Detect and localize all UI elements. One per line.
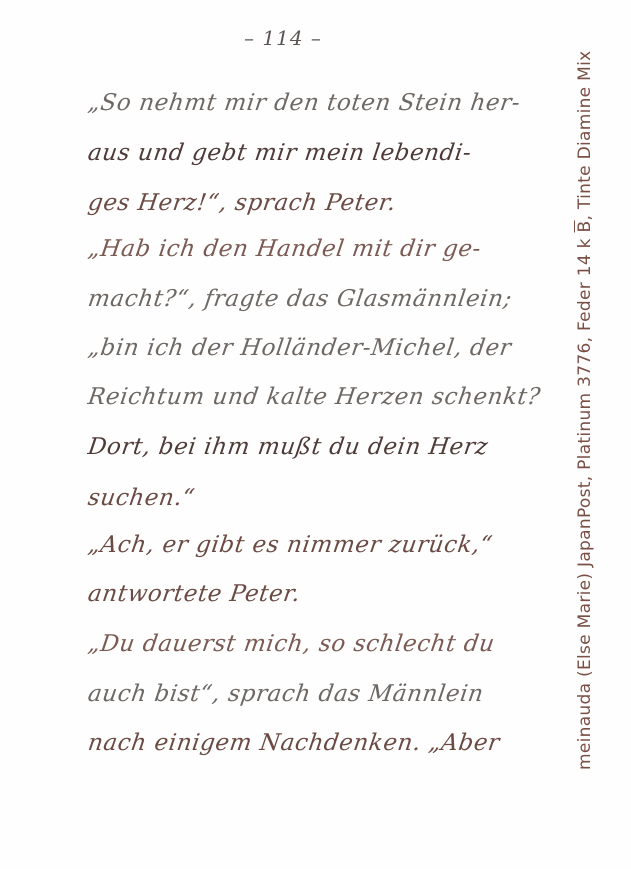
text-line-8: Dort, bei ihm mußt du dein Herz <box>86 432 490 462</box>
annotation-text-end: , Tinte Diamine Mix <box>575 51 595 221</box>
page-number: – 114 – <box>238 26 328 50</box>
annotation-overlined-letter: B <box>575 221 595 233</box>
annotation-text-start: meinauda (Else Marie) JapanPost, Platinu… <box>575 232 595 770</box>
text-line-2: aus und gebt mir mein lebendi- <box>86 138 473 168</box>
text-line-6: „bin ich der Holländer-Michel, der <box>86 333 514 363</box>
text-line-1: „So nehmt mir den toten Stein her- <box>86 88 522 118</box>
text-line-3: ges Herz!“, sprach Peter. <box>86 188 398 218</box>
text-line-11: antwortete Peter. <box>86 579 302 609</box>
text-line-14: nach einigem Nachdenken. „Aber <box>86 728 502 758</box>
text-line-12: „Du dauerst mich, so schlecht du <box>86 629 497 659</box>
text-line-4: „Hab ich den Handel mit dir ge- <box>86 234 483 264</box>
text-line-7: Reichtum und kalte Herzen schenkt? <box>86 382 543 412</box>
text-line-9: suchen.“ <box>86 483 197 513</box>
manuscript-page: – 114 – „So nehmt mir den toten Stein he… <box>0 0 631 869</box>
text-line-13: auch bist“, sprach das Männlein <box>86 679 486 709</box>
text-line-5: macht?“, fragte das Glasmännlein; <box>86 284 514 314</box>
text-line-10: „Ach, er gibt es nimmer zurück,“ <box>86 530 495 560</box>
vertical-pen-ink-annotation: meinauda (Else Marie) JapanPost, Platinu… <box>575 50 595 770</box>
